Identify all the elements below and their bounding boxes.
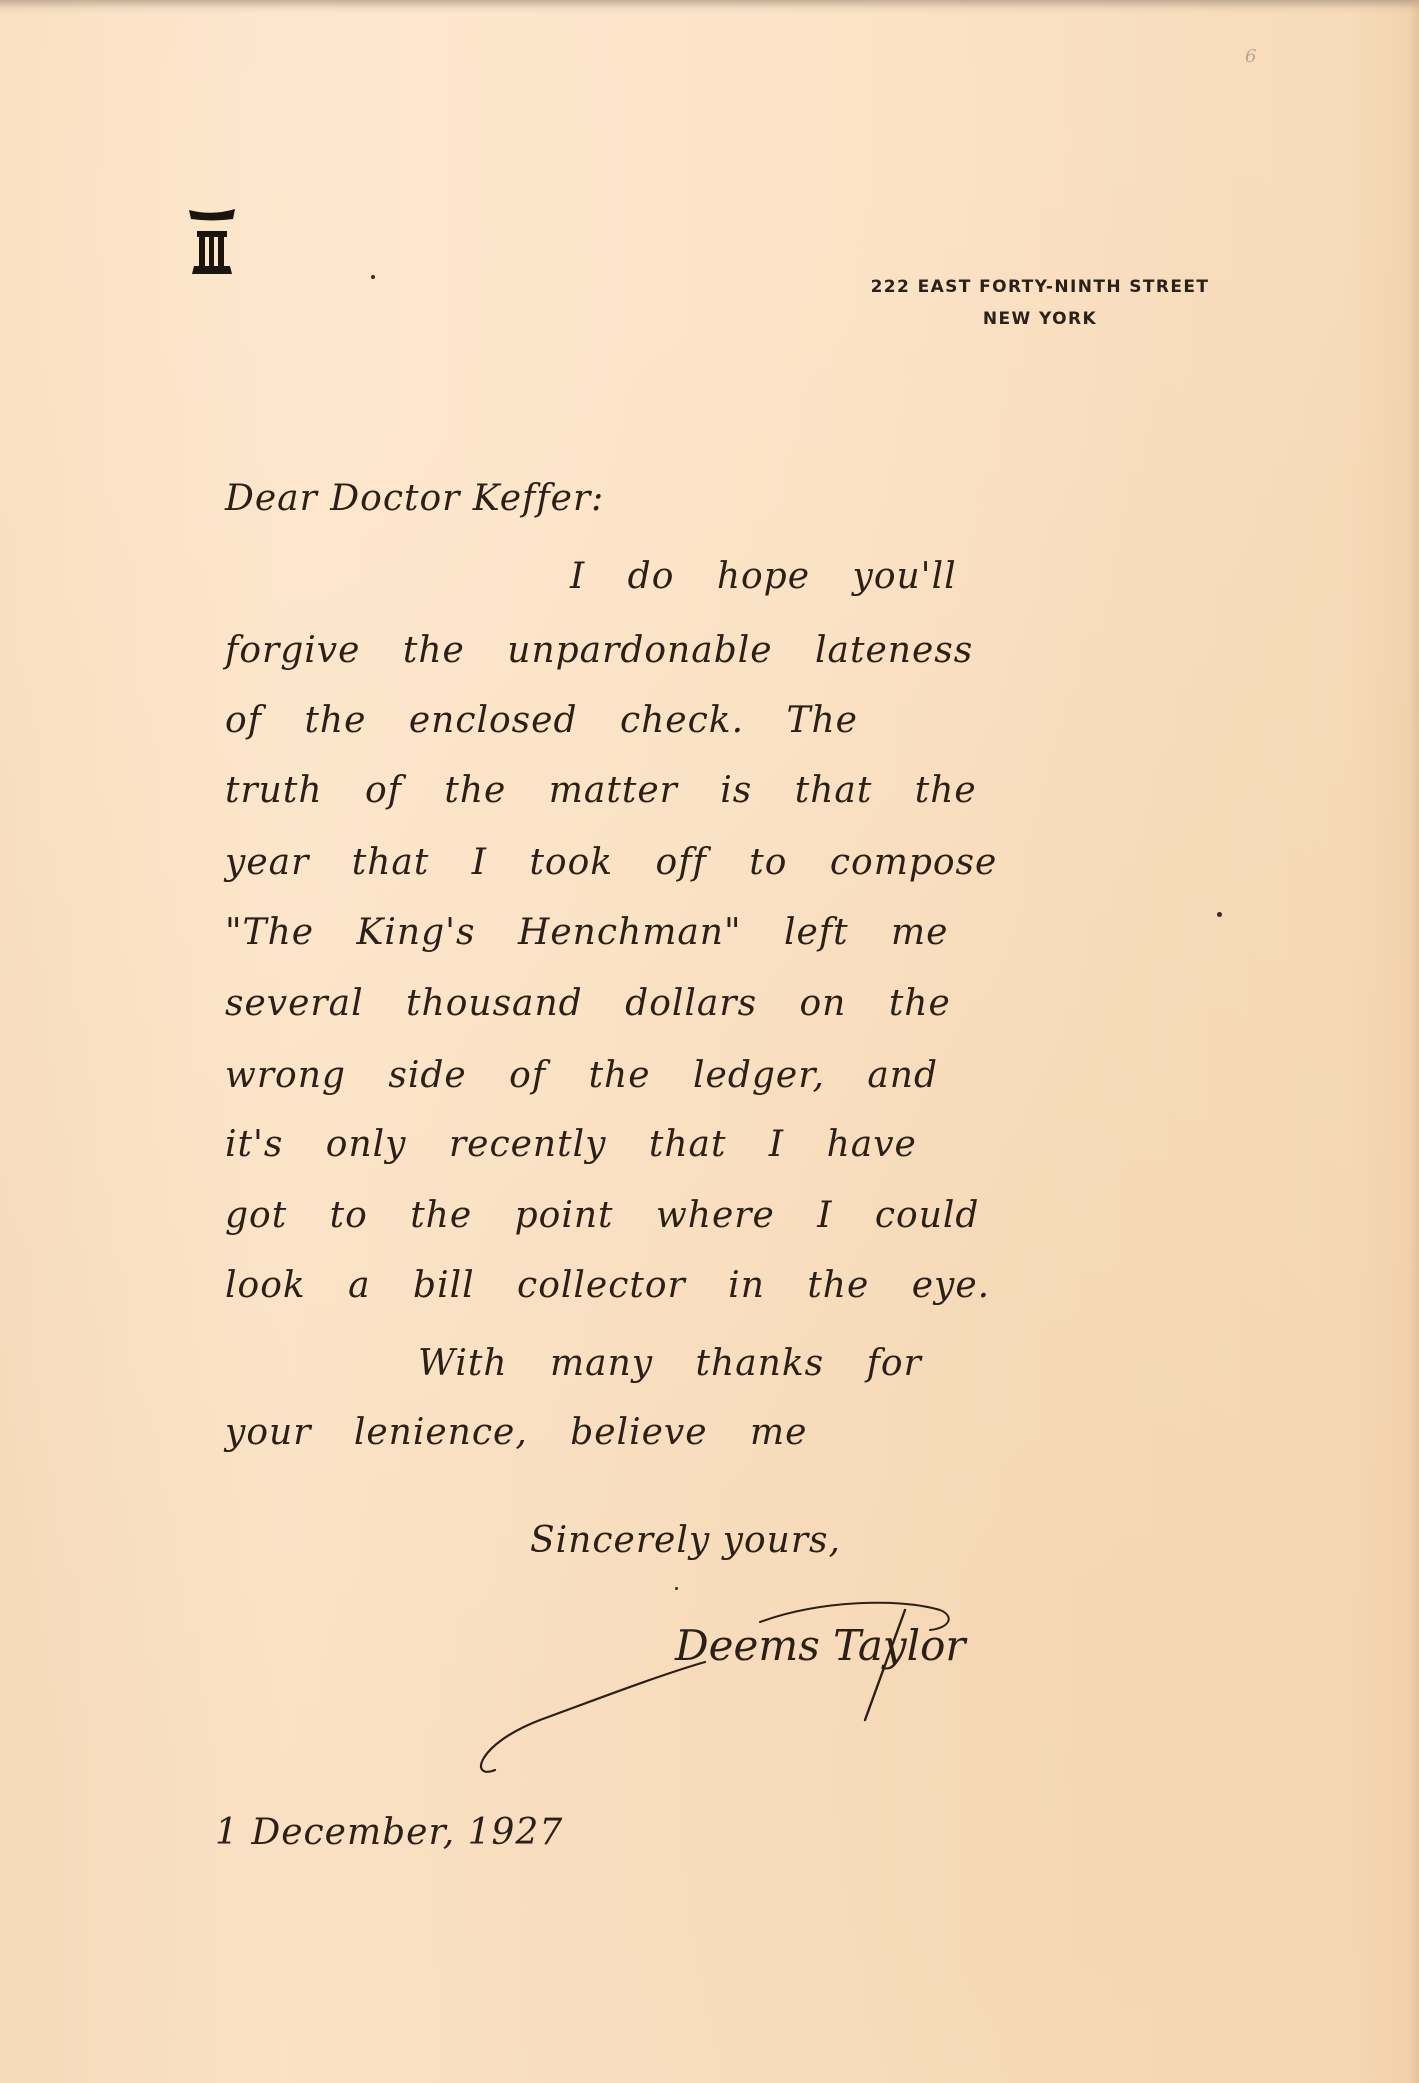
body-line: it's only recently that I have (225, 1124, 917, 1165)
letter-date: 1 December, 1927 (215, 1812, 563, 1853)
body-line: I do hope you'll (570, 556, 957, 597)
salutation: Dear Doctor Keffer: (225, 478, 604, 519)
letterhead-street: 222 EAST FORTY-NINTH STREET (820, 276, 1260, 298)
ink-fleck (1217, 912, 1222, 917)
letter-page: 6 222 EAST FORTY-NINTH STREET NEW YORK D… (0, 0, 1419, 2083)
torii-logo-icon (188, 206, 236, 278)
svg-text:Deems Taylor: Deems Taylor (674, 1621, 968, 1670)
body-line: got to the point where I could (225, 1195, 979, 1236)
body-line: With many thanks for (418, 1343, 922, 1384)
body-line: several thousand dollars on the (225, 983, 951, 1024)
ink-fleck (371, 275, 375, 279)
signature: Deems Taylor (460, 1580, 1020, 1800)
page-number-mark: 6 (1245, 46, 1256, 67)
body-line: your lenience, believe me (225, 1412, 807, 1453)
body-line: forgive the unpardonable lateness (225, 630, 973, 671)
ink-fleck (675, 1587, 678, 1590)
body-line: truth of the matter is that the (225, 770, 977, 811)
closing: Sincerely yours, (530, 1520, 841, 1561)
body-line: look a bill collector in the eye. (225, 1265, 990, 1306)
letterhead-address: 222 EAST FORTY-NINTH STREET NEW YORK (820, 276, 1260, 330)
body-line: year that I took off to compose (225, 842, 997, 883)
body-line: of the enclosed check. The (225, 700, 858, 741)
body-line: "The King's Henchman" left me (225, 912, 948, 953)
letterhead-city: NEW YORK (820, 308, 1260, 330)
body-line: wrong side of the ledger, and (225, 1055, 938, 1096)
